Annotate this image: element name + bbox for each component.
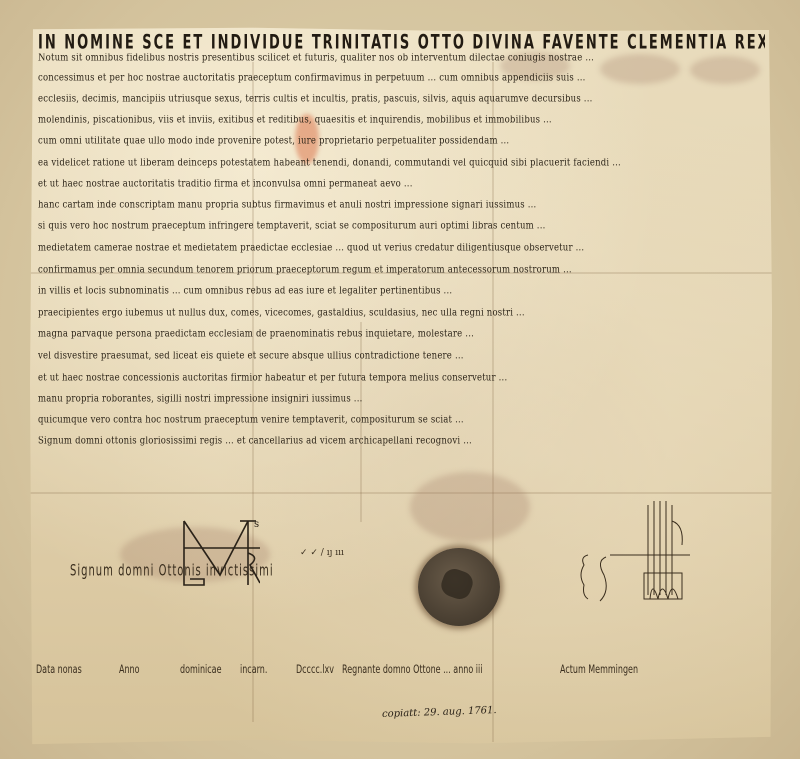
charter-text-line: cum omni utilitate quae ullo modo inde p…	[38, 136, 765, 146]
charter-text-line: ecclesiis, decimis, mancipiis utriusque …	[38, 94, 765, 104]
fold-line	[30, 492, 775, 494]
wax-seal	[418, 548, 500, 626]
svg-text:s: s	[254, 519, 259, 530]
charter-text-line: et ut haec nostrae auctoritatis traditio…	[38, 179, 765, 189]
charter-text-line: in villis et locis subnominatis ... cum …	[38, 286, 765, 296]
dating-clause: Regnante domno Ottone ... anno iii	[342, 663, 482, 676]
charter-text-line: magna parvaque persona praedictam eccles…	[38, 329, 765, 339]
age-stain	[410, 472, 530, 542]
charter-parchment: IN NOMINE SCE ET INDIVIDUE TRINITATIS OT…	[30, 22, 775, 747]
charter-text-line: hanc cartam inde conscriptam manu propri…	[38, 200, 765, 210]
monogram-marks: ✓ ✓ / ıȷ ııı	[300, 548, 344, 558]
charter-text-line: molendinis, piscationibus, viis et invii…	[38, 115, 765, 125]
charter-text-line: concessimus et per hoc nostrae auctorita…	[38, 73, 765, 83]
dating-clause: dominicae	[180, 663, 222, 676]
charter-text-line: si quis vero hoc nostrum praeceptum infr…	[38, 221, 765, 231]
recognition-sign-icon	[560, 495, 700, 615]
charter-text-line: vel disvestire praesumat, sed liceat eis…	[38, 351, 765, 361]
charter-text-line: ea videlicet ratione ut liberam deinceps…	[38, 158, 765, 168]
invocation-line: IN NOMINE SCE ET INDIVIDUE TRINITATIS OT…	[38, 32, 765, 55]
seal-impression	[438, 566, 476, 603]
charter-text-line: Signum domni ottonis gloriosissimi regis…	[38, 436, 765, 446]
charter-text-line: Notum sit omnibus fidelibus nostris pres…	[38, 53, 765, 63]
dating-clause: Actum Memmingen	[560, 663, 638, 676]
charter-text-line: manu propria roborantes, sigilli nostri …	[38, 394, 765, 404]
dating-clause: Anno	[119, 663, 140, 676]
charter-text-line: quicumque vero contra hoc nostrum praece…	[38, 415, 765, 425]
dating-clause: incarn.	[240, 663, 267, 676]
dating-clause: Data nonas	[36, 663, 82, 676]
charter-text-line: et ut haec nostrae concessionis auctorit…	[38, 373, 765, 383]
royal-monogram-icon: s	[170, 515, 260, 590]
dating-clause: Dcccc.lxv	[296, 663, 334, 676]
charter-text-line: praecipientes ergo iubemus ut nullus dux…	[38, 308, 765, 318]
charter-text-line: medietatem camerae nostrae et medietatem…	[38, 243, 765, 253]
charter-text-line: confirmamus per omnia secundum tenorem p…	[38, 265, 765, 275]
